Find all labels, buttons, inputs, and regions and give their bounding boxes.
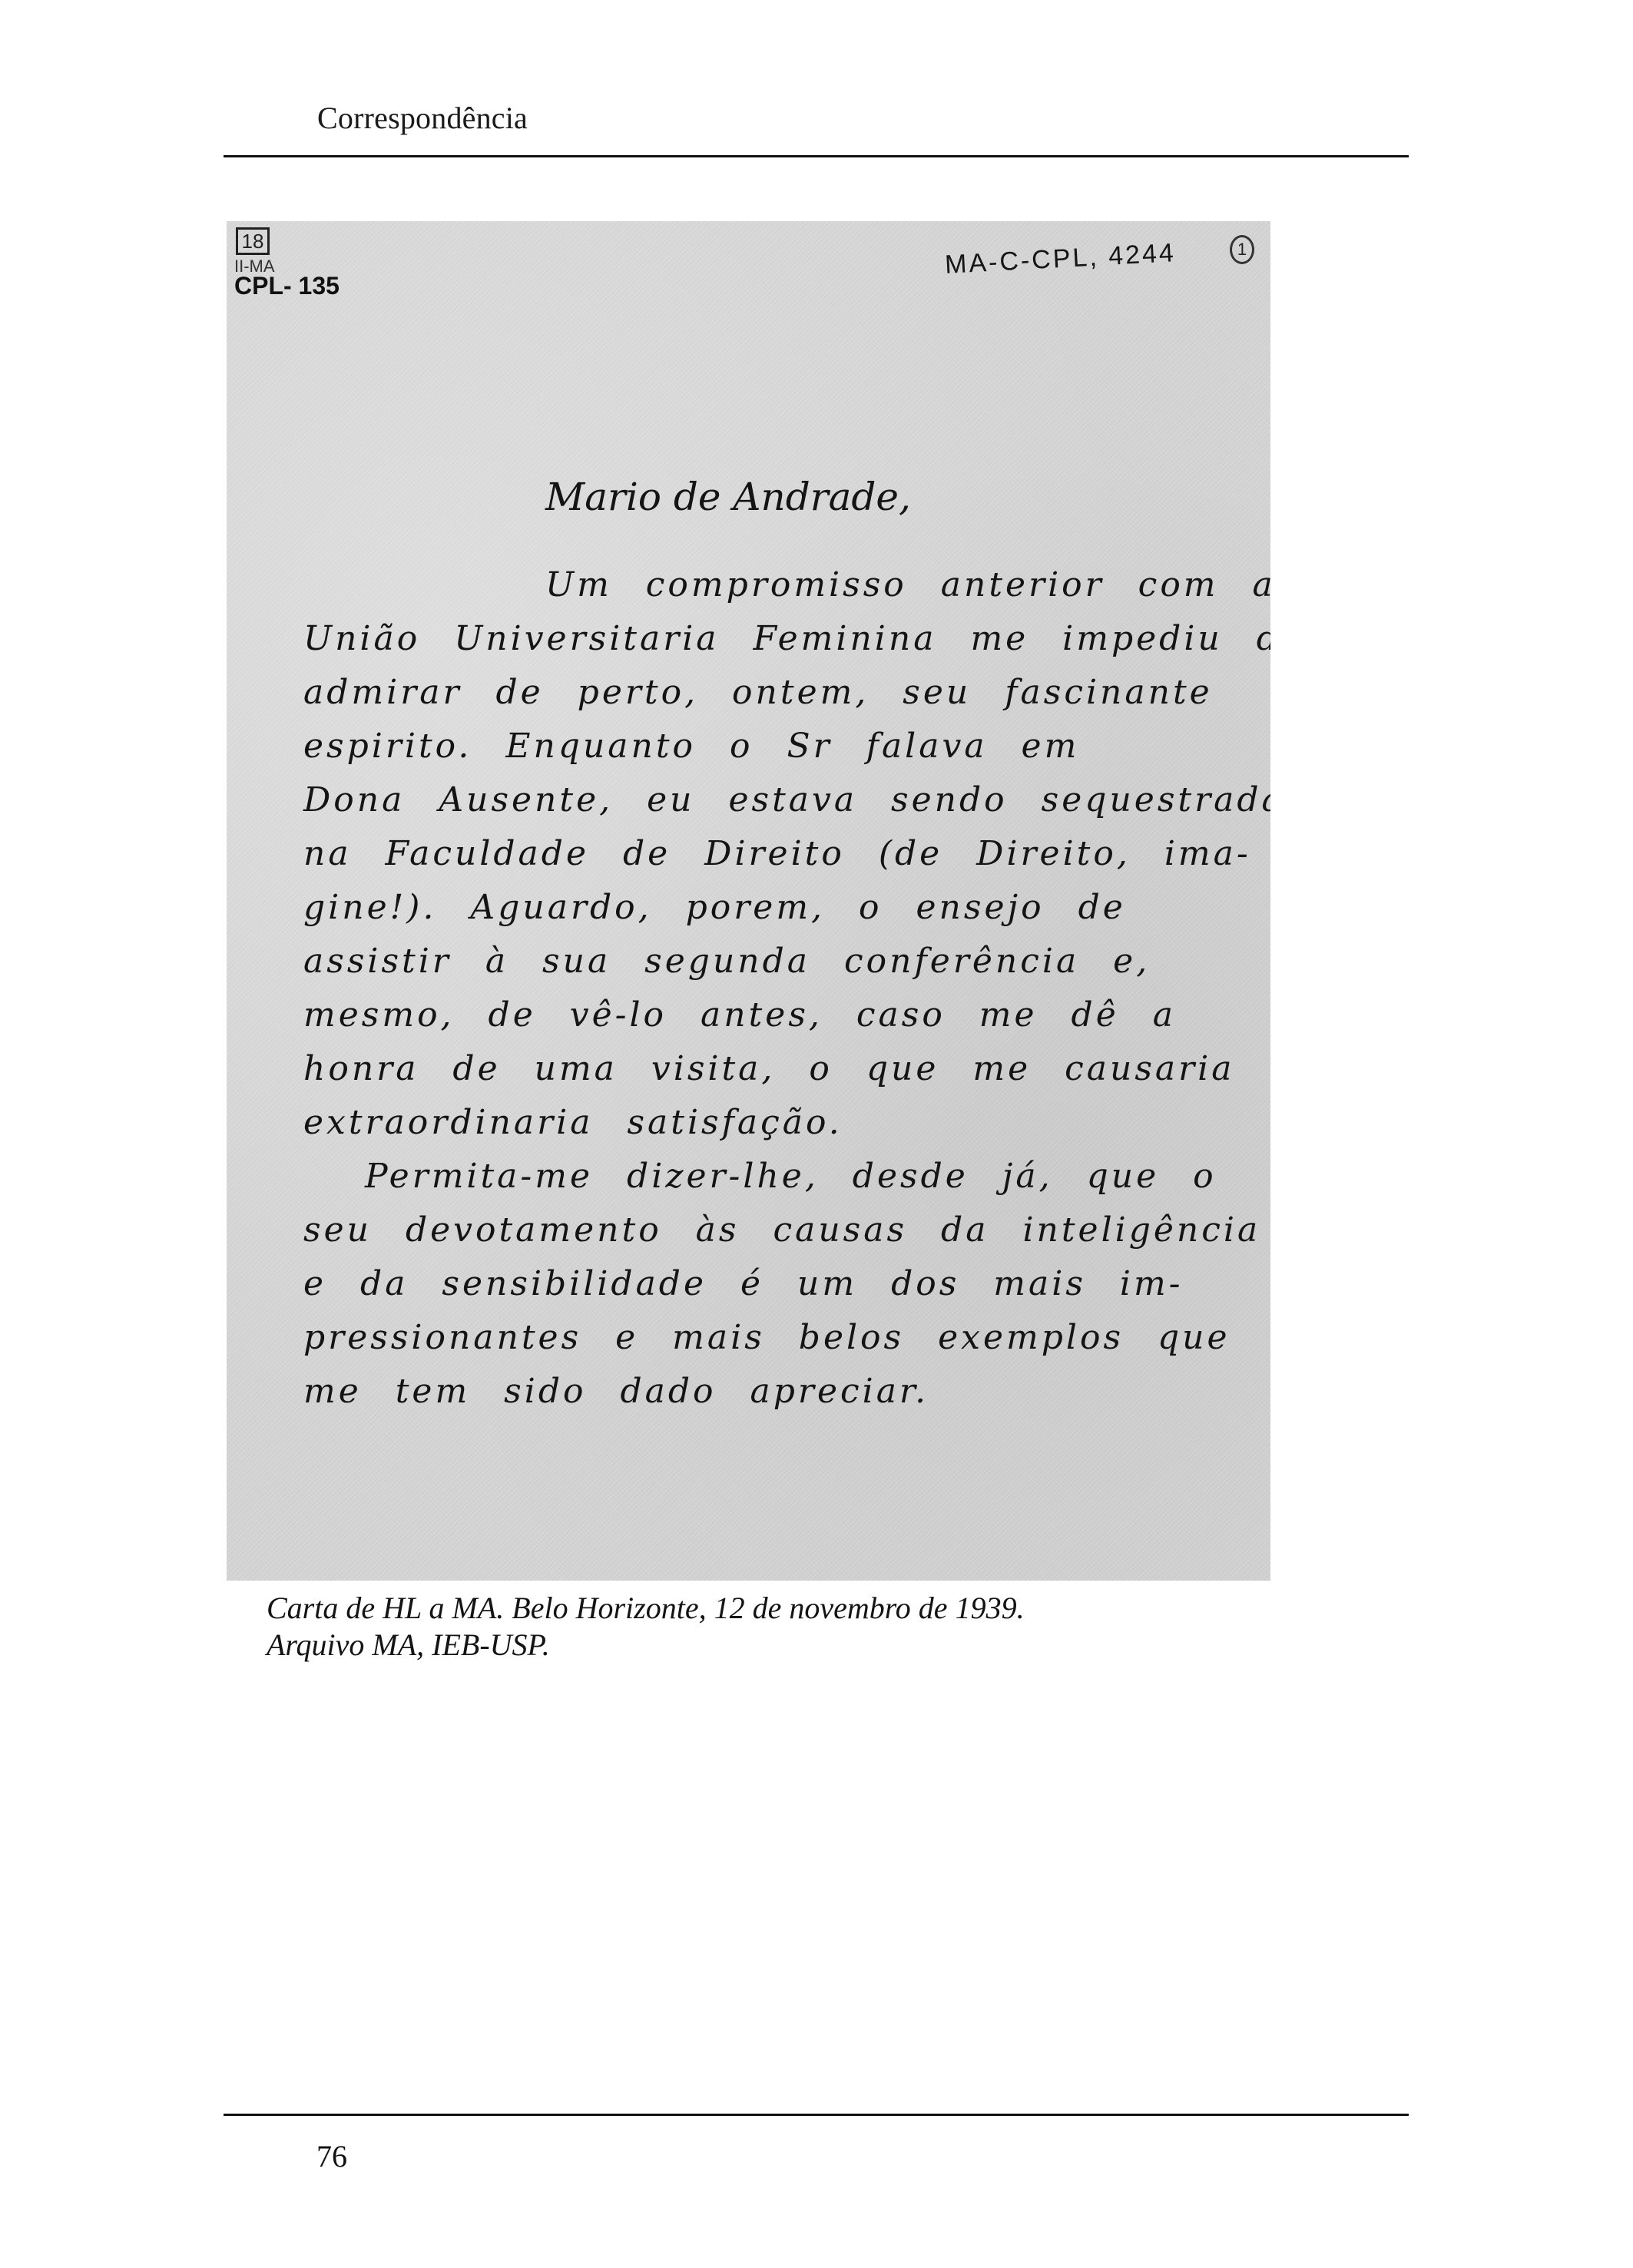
letter-line: Um compromisso anterior com a [545,565,1270,604]
letter-line: honra de uma visita, o que me causaria [303,1049,1234,1088]
folio-number: 1 [1230,235,1254,264]
letter-line: União Universitaria Feminina me impediu … [303,619,1270,658]
letter-line: Permita-me dizer-lhe, desde já, que o [365,1157,1217,1196]
caption-line-1: Carta de HL a MA. Belo Horizonte, 12 de … [267,1590,1025,1627]
figure-caption: Carta de HL a MA. Belo Horizonte, 12 de … [267,1590,1025,1664]
caption-line-2: Arquivo MA, IEB-USP. [267,1627,1025,1664]
letter-line: seu devotamento às causas da inteligênci… [303,1210,1260,1250]
page-number: 76 [316,2138,347,2174]
header-rule [224,155,1409,157]
footer-rule [224,2114,1409,2116]
running-head: Correspondência [317,100,528,136]
archive-box-number: 18 [236,227,270,255]
letter-line: me tem sido dado apreciar. [303,1372,929,1411]
letter-line: admirar de perto, ontem, seu fascinante [303,673,1213,712]
archive-cpl-number: CPL- 135 [234,272,340,300]
letter-line: gine!). Aguardo, porem, o ensejo de [303,888,1126,927]
letter-line: extraordinaria satisfação. [303,1103,843,1142]
letter-line: espirito. Enquanto o Sr falava em [303,727,1079,766]
letter-line: mesmo, de vê-lo antes, caso me dê a [303,995,1176,1035]
letter-line: pressionantes e mais belos exemplos que [303,1318,1231,1357]
letter-line: e da sensibilidade é um dos mais im- [303,1264,1184,1303]
letter-line: na Faculdade de Direito (de Direito, ima… [303,834,1251,873]
letter-salutation: Mario de Andrade, [545,475,911,519]
letter-facsimile: 18 II-MA CPL- 135 MA-C-CPL, 4244 1 Mario… [227,221,1270,1581]
archive-catalog-code: MA-C-CPL, 4244 [944,238,1177,280]
letter-line: assistir à sua segunda conferência e, [303,942,1150,981]
letter-line: Dona Ausente, eu estava sendo sequestrad… [303,780,1270,819]
